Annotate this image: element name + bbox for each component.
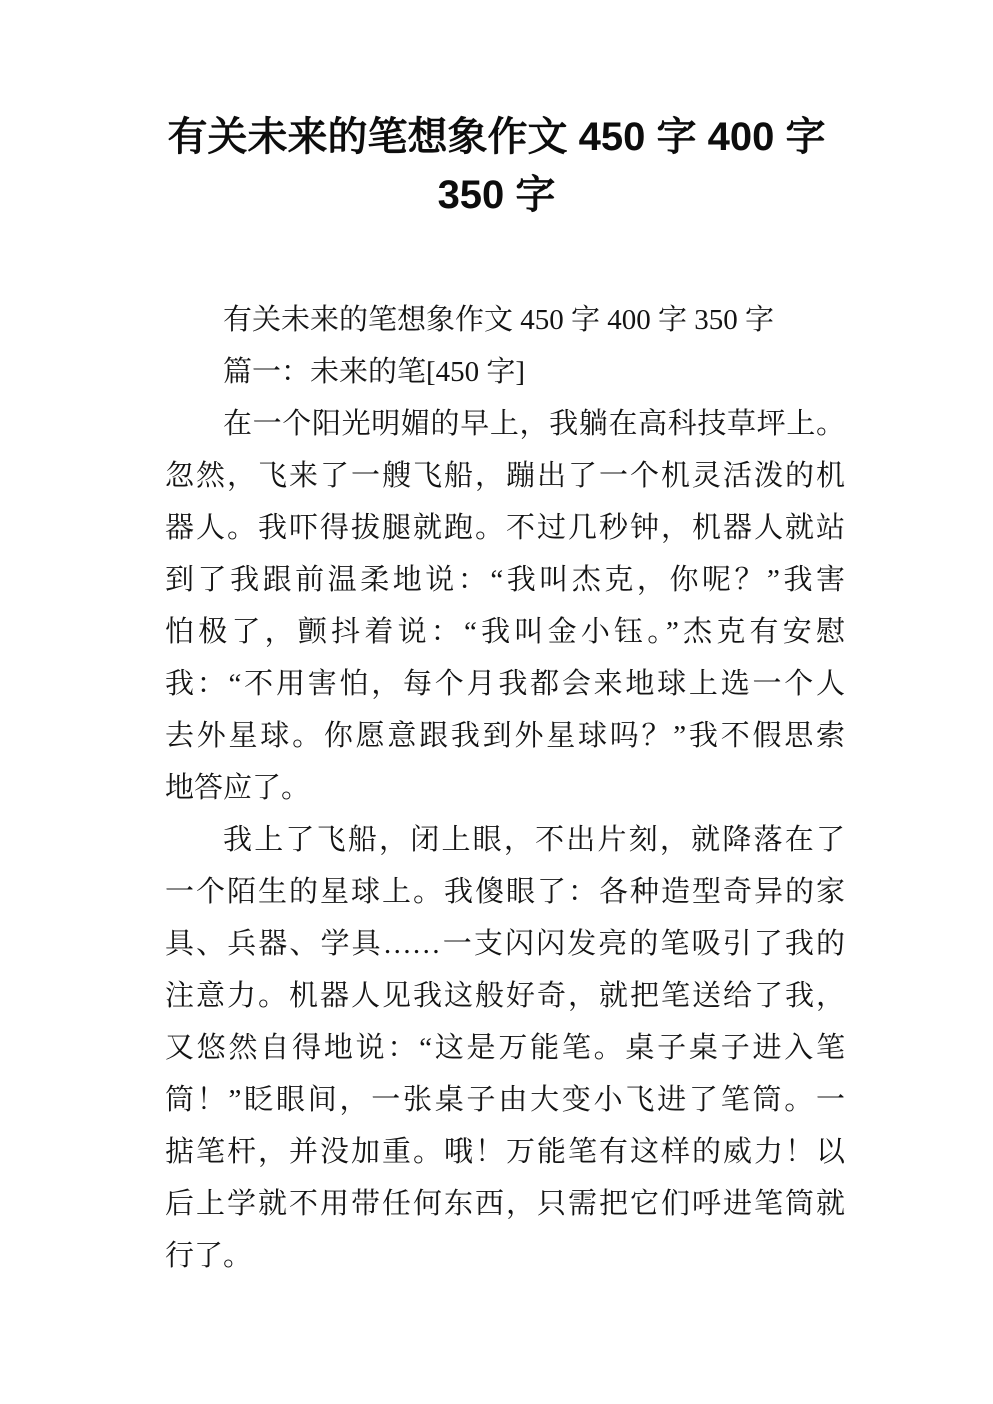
body-line: 一个陌生的星球上。我傻眼了：各种造型奇异的家 [165, 866, 845, 918]
body-line: 忽然，飞来了一艘飞船，蹦出了一个机灵活泼的机 [165, 450, 845, 502]
body-line: 我：“不用害怕，每个月我都会来地球上选一个人 [165, 658, 845, 710]
page-title-line-2: 350 字 [0, 166, 993, 224]
document-body: 有关未来的笔想象作文 450 字 400 字 350 字 篇一：未来的笔[450… [165, 294, 845, 1282]
body-line: 注意力。机器人见我这般好奇，就把笔送给了我， [165, 970, 845, 1022]
body-line: 掂笔杆，并没加重。哦！万能笔有这样的威力！以 [165, 1126, 845, 1178]
body-line: 怕极了，颤抖着说：“我叫金小钰。”杰克有安慰 [165, 606, 845, 658]
page-title-line-1: 有关未来的笔想象作文 450 字 400 字 [0, 108, 993, 166]
page-title: 有关未来的笔想象作文 450 字 400 字 350 字 [0, 108, 993, 224]
body-line: 有关未来的笔想象作文 450 字 400 字 350 字 [165, 294, 845, 346]
body-line: 到了我跟前温柔地说：“我叫杰克，你呢？”我害 [165, 554, 845, 606]
body-line: 篇一：未来的笔[450 字] [165, 346, 845, 398]
body-line: 具、兵器、学具……一支闪闪发亮的笔吸引了我的 [165, 918, 845, 970]
body-line: 行了。 [165, 1230, 845, 1282]
body-line: 筒！”眨眼间，一张桌子由大变小飞进了笔筒。一 [165, 1074, 845, 1126]
body-line: 又悠然自得地说：“这是万能笔。桌子桌子进入笔 [165, 1022, 845, 1074]
body-line: 后上学就不用带任何东西，只需把它们呼进笔筒就 [165, 1178, 845, 1230]
body-line: 在一个阳光明媚的早上，我躺在高科技草坪上。 [165, 398, 845, 450]
body-line: 器人。我吓得拔腿就跑。不过几秒钟，机器人就站 [165, 502, 845, 554]
body-line: 我上了飞船，闭上眼，不出片刻，就降落在了 [165, 814, 845, 866]
document-page: 有关未来的笔想象作文 450 字 400 字 350 字 有关未来的笔想象作文 … [0, 0, 993, 1404]
body-line: 地答应了。 [165, 762, 845, 814]
body-line: 去外星球。你愿意跟我到外星球吗？”我不假思索 [165, 710, 845, 762]
